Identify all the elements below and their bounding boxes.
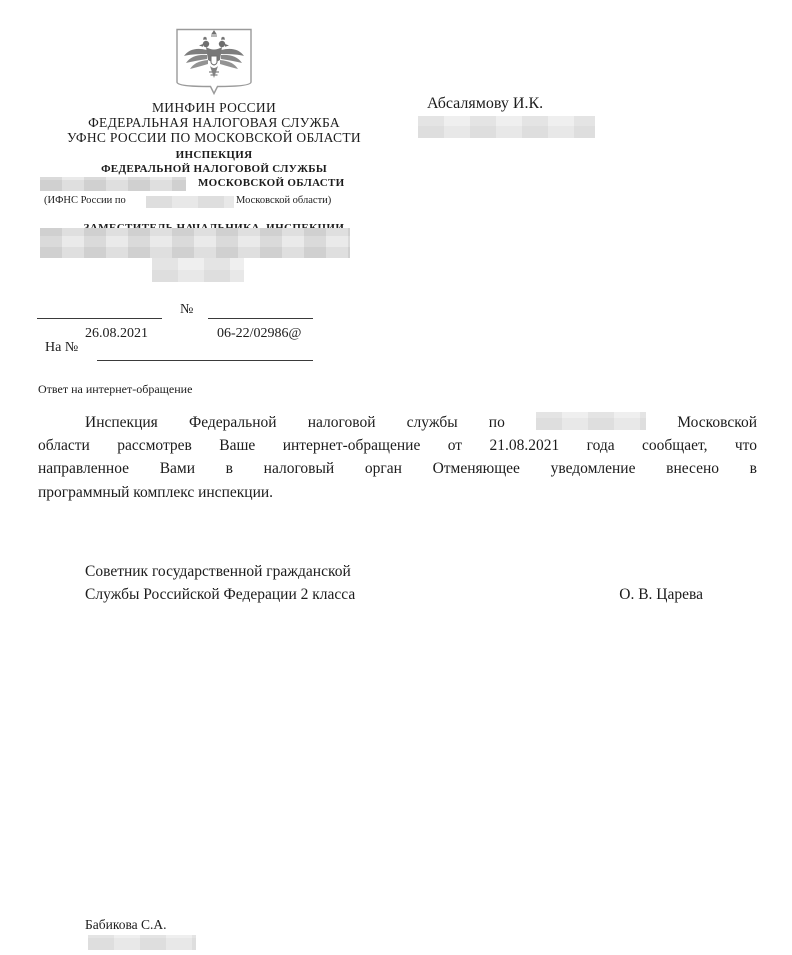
redacted-region xyxy=(152,258,244,282)
redacted-region xyxy=(536,412,646,430)
fns-name: ФЕДЕРАЛЬНАЯ НАЛОГОВАЯ СЛУЖБА xyxy=(38,115,390,130)
ministry-name: МИНФИН РОССИИ xyxy=(38,100,390,115)
signer-name: О. В. Царева xyxy=(619,584,703,607)
signature-block: Советник государственной гражданской Слу… xyxy=(85,561,703,606)
coat-of-arms-icon xyxy=(171,28,257,96)
number-sign: № xyxy=(180,302,193,318)
redacted-region xyxy=(146,196,234,208)
inspection-service-line: ФЕДЕРАЛЬНОЙ НАЛОГОВОЙ СЛУЖБЫ xyxy=(38,163,390,177)
blank-line xyxy=(97,342,313,361)
letter-number: 06-22/02986@ xyxy=(217,326,301,342)
redacted-region xyxy=(418,116,595,138)
subject-line: Ответ на интернет-обращение xyxy=(38,382,192,397)
ifns-short-name-row: (ИФНС России по Московской области) xyxy=(38,195,390,209)
redacted-region xyxy=(40,177,186,191)
addressee-block: Абсалямову И.К. xyxy=(427,95,657,138)
in-reply-to-label: На № xyxy=(45,340,78,356)
ufns-name: УФНС РОССИИ ПО МОСКОВСКОЙ ОБЛАСТИ xyxy=(38,130,390,145)
body-line-1-post: Московской xyxy=(677,414,757,431)
blank-line xyxy=(37,300,162,319)
letterhead: МИНФИН РОССИИ ФЕДЕРАЛЬНАЯ НАЛОГОВАЯ СЛУЖ… xyxy=(38,28,390,234)
redacted-region xyxy=(88,935,196,950)
body-line-2: области рассмотрев Ваше интернет-обращен… xyxy=(38,434,757,457)
inspection-region: МОСКОВСКОЙ ОБЛАСТИ xyxy=(198,177,345,189)
blank-line xyxy=(208,300,313,319)
letter-date: 26.08.2021 xyxy=(85,326,148,342)
signer-title: Советник государственной гражданской Слу… xyxy=(85,561,355,606)
ifns-short-post: Московской области) xyxy=(236,195,331,206)
executor-block: Бабикова С.А. xyxy=(85,917,196,950)
signer-title-line-2: Службы Российской Федерации 2 класса xyxy=(85,584,355,607)
inspection-word: ИНСПЕКЦИЯ xyxy=(38,149,390,163)
body-line-1-pre: Инспекция Федеральной налоговой службы п… xyxy=(85,414,505,431)
body-line-3: направленное Вами в налоговый орган Отме… xyxy=(38,457,757,480)
ifns-short-pre: (ИФНС России по xyxy=(44,195,126,206)
redacted-region xyxy=(40,228,350,258)
executor-name: Бабикова С.А. xyxy=(85,917,196,933)
reference-block: № 26.08.2021 06-22/02986@ На № xyxy=(37,300,327,362)
body-line-1: Инспекция Федеральной налоговой службы п… xyxy=(38,411,757,434)
addressee-name: Абсалямову И.К. xyxy=(427,95,657,113)
inspection-region-row: МОСКОВСКОЙ ОБЛАСТИ xyxy=(38,177,390,192)
body-paragraph: Инспекция Федеральной налоговой службы п… xyxy=(38,411,757,504)
body-line-4: программный комплекс инспекции. xyxy=(38,481,757,504)
signer-title-line-1: Советник государственной гражданской xyxy=(85,561,355,584)
document-page: МИНФИН РОССИИ ФЕДЕРАЛЬНАЯ НАЛОГОВАЯ СЛУЖ… xyxy=(0,0,792,955)
